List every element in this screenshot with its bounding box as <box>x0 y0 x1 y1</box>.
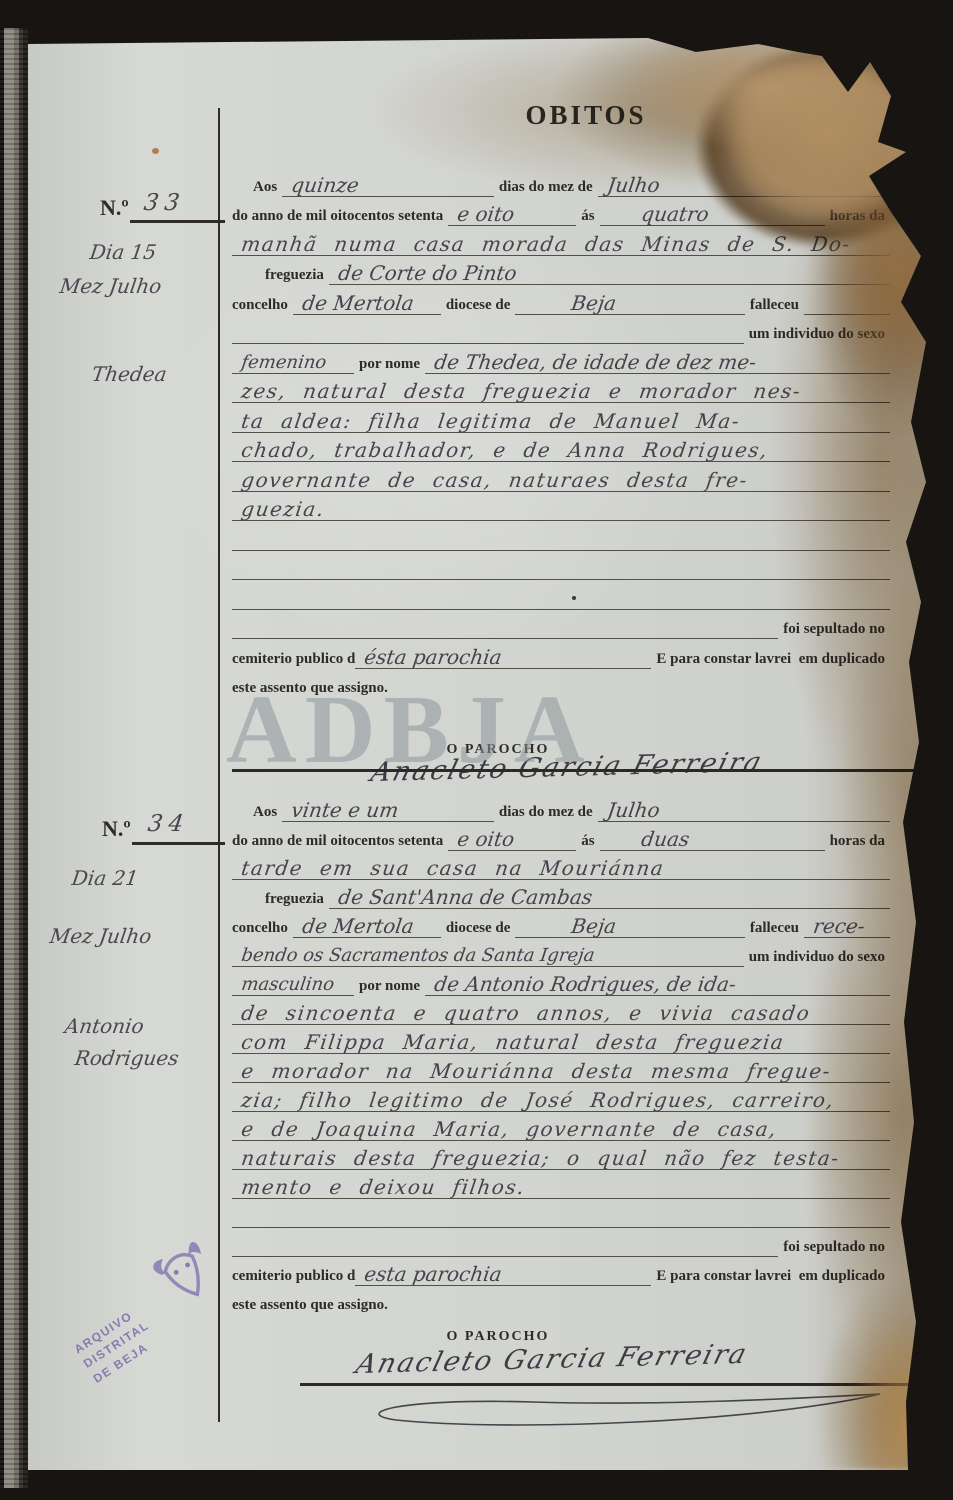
form-line: guezia. <box>232 492 890 522</box>
handwritten-body: guezia. <box>232 499 328 520</box>
margin-rule <box>218 108 220 1422</box>
form-line: do anno de mil oitocentos setenta e oito… <box>232 197 890 227</box>
form-line: chado, trabalhador, e de Anna Rodrigues, <box>232 433 890 463</box>
label-concelho: concelho <box>232 921 293 938</box>
form-line: freguezia de Corte do Pinto <box>232 256 890 286</box>
label-anno: do anno de mil oitocentos setenta <box>232 209 448 226</box>
handwritten-concelho: de Mertola <box>293 293 417 314</box>
handwritten-falleceu <box>804 313 814 314</box>
record1-margin-name: Thedea <box>90 362 168 386</box>
handwritten-month: Julho <box>598 800 663 821</box>
record2-priest-signature: Anacleto Garcia Ferreira <box>353 1339 752 1380</box>
page-title: OBITOS <box>456 100 716 131</box>
label-freguezia: freguezia <box>260 892 329 909</box>
form-line-blank <box>232 1199 890 1228</box>
label-individuo: um individuo do sexo <box>744 950 890 967</box>
handwritten-sexo: femenino <box>232 354 329 373</box>
handwritten-year: e oito <box>448 204 518 225</box>
record2-number-label: N.º <box>102 816 131 842</box>
handwritten-sexo: masculino <box>232 976 337 995</box>
label-falleceu: falleceu <box>745 298 804 315</box>
handwritten-year: e oito <box>448 829 518 850</box>
label-dias-mez: dias do mez de <box>494 805 598 822</box>
record2-form: Aos vinte e um dias do mez de Julho do a… <box>232 793 890 1315</box>
record2-number-underline <box>132 842 225 845</box>
label-aos: Aos <box>248 805 282 822</box>
handwritten-cemiterio: esta parochia <box>355 1264 505 1285</box>
form-line: manhã numa casa morada das Minas de S. D… <box>232 226 890 256</box>
form-line: zia; filho legitimo de José Rodrigues, c… <box>232 1083 890 1112</box>
form-line-blank <box>232 580 890 610</box>
handwritten-body: mento e deixou filhos. <box>232 1177 529 1198</box>
form-line: um individuo do sexo <box>232 315 890 345</box>
label-freguezia: freguezia <box>260 268 329 285</box>
label-as: ás <box>576 834 599 851</box>
form-line: cemiterio publico d esta parochia E para… <box>232 1257 890 1286</box>
handwritten-hour: duas <box>600 829 693 850</box>
form-line: foi sepultado no <box>232 1228 890 1257</box>
form-line: Aos vinte e um dias do mez de Julho <box>232 793 890 822</box>
handwritten-body: chado, trabalhador, e de Anna Rodrigues, <box>232 440 772 461</box>
record1-form: Aos quinze dias do mez de Julho do anno … <box>232 167 890 698</box>
form-line: de sincoenta e quatro annos, e vivia cas… <box>232 996 890 1025</box>
form-line: do anno de mil oitocentos setenta e oito… <box>232 822 890 851</box>
form-line: naturais desta freguezia; o qual não fez… <box>232 1141 890 1170</box>
handwritten-body: com Filippa Maria, natural desta freguez… <box>232 1032 788 1053</box>
handwritten-body: zes, natural desta freguezia e morador n… <box>232 381 805 402</box>
paper-speck <box>152 148 159 154</box>
handwritten-falleceu: rece- <box>804 916 868 937</box>
form-line: concelho de Mertola diocese de Beja fall… <box>232 285 890 315</box>
form-line: freguezia de Sant'Anna de Cambas <box>232 880 890 909</box>
handwritten-nome: de Thedea, de idade de dez me- <box>425 352 759 373</box>
handwritten-day: quinze <box>282 175 362 196</box>
record1-number: 33 <box>142 190 187 216</box>
form-line-blank <box>232 551 890 581</box>
handwritten-body: e de Joaquina Maria, governante de casa, <box>232 1119 780 1140</box>
label-cemiterio: cemiterio publico d <box>232 652 355 669</box>
form-line: tarde em sua casa na Mouriánna <box>232 851 890 880</box>
label-constar: E para constar lavrei em duplicado <box>651 652 890 669</box>
form-line: este assento que assigno. <box>232 1286 890 1315</box>
ink-dot <box>572 596 576 600</box>
label-sepultado: foi sepultado no <box>778 622 890 639</box>
record1-margin-month: Mez Julho <box>58 274 163 298</box>
form-line: cemiterio publico d ésta parochia E para… <box>232 639 890 669</box>
label-cemiterio: cemiterio publico d <box>232 1269 355 1286</box>
form-line: ta aldea: filha legitima de Manuel Ma- <box>232 403 890 433</box>
form-line: e morador na Mouriánna desta mesma fregu… <box>232 1054 890 1083</box>
signature-flourish <box>328 1388 898 1434</box>
label-sepultado: foi sepultado no <box>778 1240 890 1257</box>
label-as: ás <box>576 209 599 226</box>
handwritten-day: vinte e um <box>282 800 402 821</box>
record2-margin-name: Antonio <box>63 1014 145 1038</box>
handwritten-freguezia: de Corte do Pinto <box>329 263 520 284</box>
form-line: zes, natural desta freguezia e morador n… <box>232 374 890 404</box>
handwritten-body: ta aldea: filha legitima de Manuel Ma- <box>232 411 744 432</box>
record2-number: 34 <box>146 811 191 837</box>
label-individuo: um individuo do sexo <box>744 327 890 344</box>
handwritten-sacramentos: bendo os Sacramentos da Santa Igreja <box>232 947 598 966</box>
handwritten-body: naturais desta freguezia; o qual não fez… <box>232 1148 843 1169</box>
handwritten-hour: quatro <box>600 204 712 225</box>
label-constar: E para constar lavrei em duplicado <box>651 1269 890 1286</box>
form-line: Aos quinze dias do mez de Julho <box>232 167 890 197</box>
label-por-nome: por nome <box>354 979 425 996</box>
handwritten-concelho: de Mertola <box>293 916 417 937</box>
label-diocese: diocese de <box>441 298 516 315</box>
label-horas: horas da <box>825 209 890 226</box>
label-anno: do anno de mil oitocentos setenta <box>232 834 448 851</box>
handwritten-nome: de Antonio Rodrigues, de ida- <box>425 974 739 995</box>
form-line: foi sepultado no <box>232 610 890 640</box>
form-line: governante de casa, naturaes desta fre- <box>232 462 890 492</box>
record2-margin-name: Rodrigues <box>73 1046 180 1070</box>
archive-watermark: ADBJA <box>226 681 786 779</box>
form-line-blank <box>232 521 890 551</box>
label-diocese: diocese de <box>441 921 516 938</box>
label-dias-mez: dias do mez de <box>494 180 598 197</box>
handwritten-cemiterio: ésta parochia <box>355 647 505 668</box>
handwritten-month: Julho <box>598 175 663 196</box>
form-line: femenino por nome de Thedea, de idade de… <box>232 344 890 374</box>
form-line: com Filippa Maria, natural desta freguez… <box>232 1025 890 1054</box>
book-spine-edge <box>0 28 28 1488</box>
record1-number-label: N.º <box>100 195 129 221</box>
record2-margin-month: Mez Julho <box>48 924 153 948</box>
form-line: masculino por nome de Antonio Rodrigues,… <box>232 967 890 996</box>
handwritten-place: manhã numa casa morada das Minas de S. D… <box>232 234 854 255</box>
form-line: bendo os Sacramentos da Santa Igreja um … <box>232 938 890 967</box>
handwritten-body: e morador na Mouriánna desta mesma fregu… <box>232 1061 834 1082</box>
label-falleceu: falleceu <box>745 921 804 938</box>
handwritten-place: tarde em sua casa na Mouriánna <box>232 858 668 879</box>
label-horas: horas da <box>825 834 890 851</box>
record1-margin-day: Dia 15 <box>88 240 158 264</box>
register-page: OBITOS N.º 33 Dia 15 Mez Julho Thedea Ao… <box>28 36 933 1470</box>
handwritten-body: de sincoenta e quatro annos, e vivia cas… <box>232 1003 814 1024</box>
handwritten-body: governante de casa, naturaes desta fre- <box>232 470 751 491</box>
handwritten-diocese: Beja <box>515 916 620 937</box>
handwritten-body: zia; filho legitimo de José Rodrigues, c… <box>232 1090 838 1111</box>
label-assento: este assento que assigno. <box>232 1298 393 1315</box>
record1-number-underline <box>130 220 225 223</box>
label-por-nome: por nome <box>354 357 425 374</box>
form-line: concelho de Mertola diocese de Beja fall… <box>232 909 890 938</box>
form-line: e de Joaquina Maria, governante de casa, <box>232 1112 890 1141</box>
record2-closing-rule <box>300 1383 922 1386</box>
label-concelho: concelho <box>232 298 293 315</box>
handwritten-freguezia: de Sant'Anna de Cambas <box>329 887 596 908</box>
form-line: mento e deixou filhos. <box>232 1170 890 1199</box>
handwritten-diocese: Beja <box>515 293 620 314</box>
record2-margin-day: Dia 21 <box>70 866 140 890</box>
label-aos: Aos <box>248 180 282 197</box>
